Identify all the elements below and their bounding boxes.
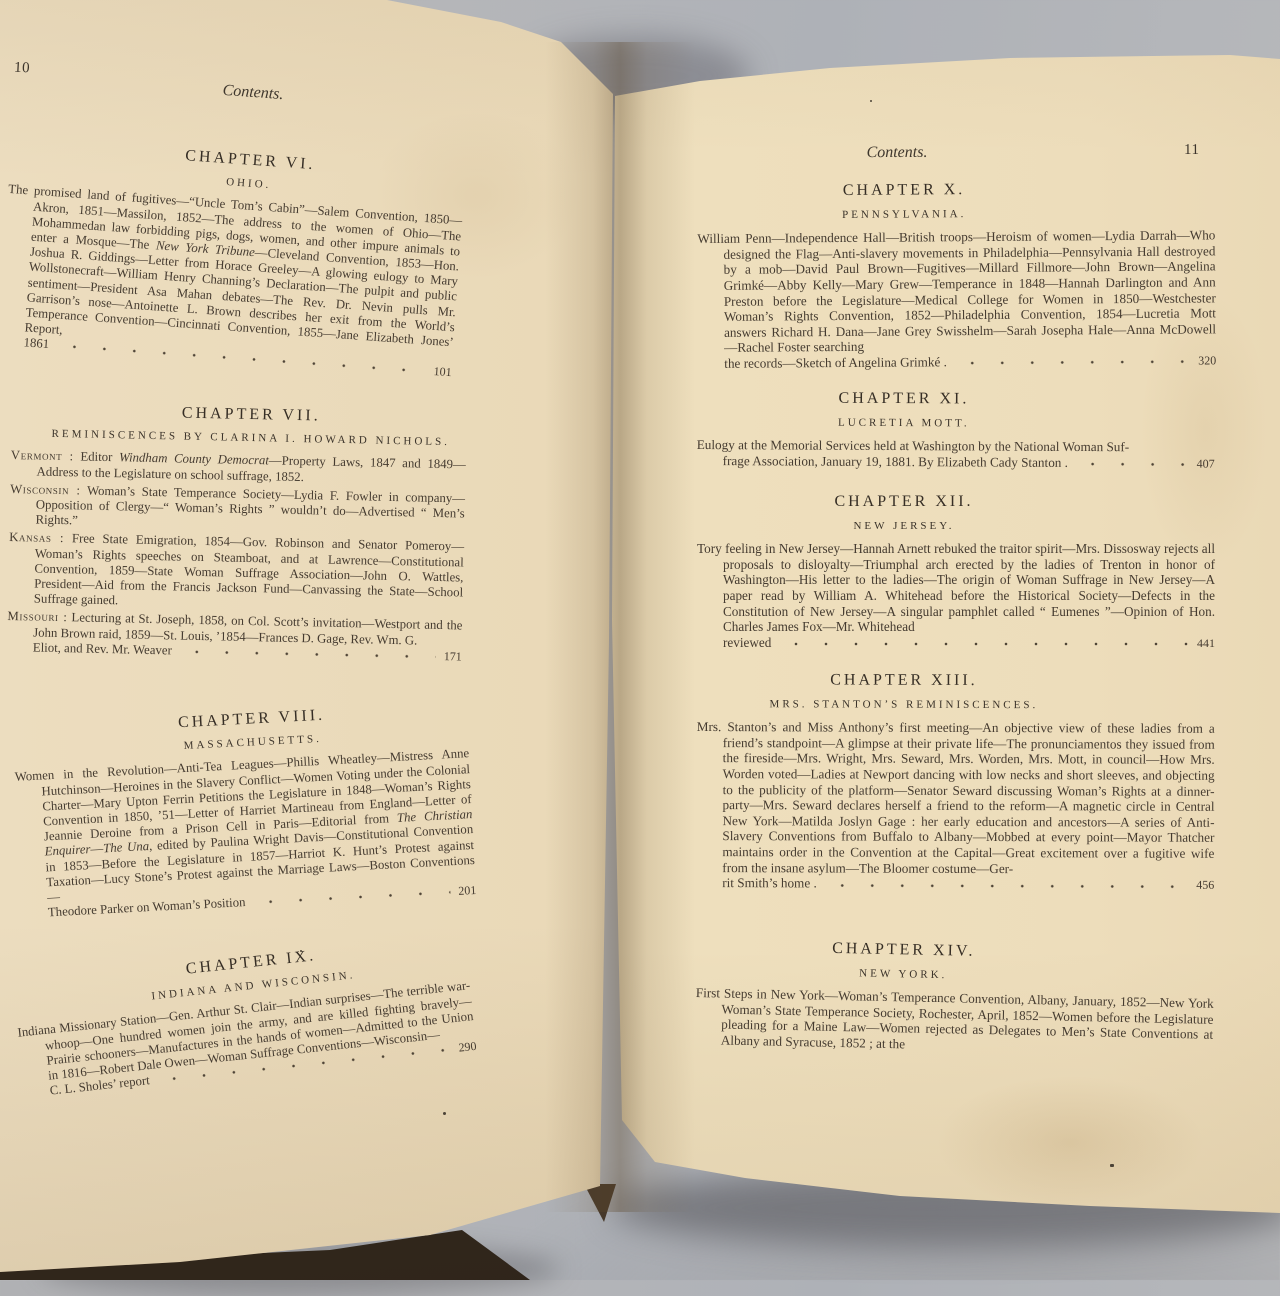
toc-entry: Eulogy at the Memorial Services held at … <box>697 437 1215 472</box>
leader-line: rit Smith’s home .456 <box>696 875 1214 893</box>
chapter-title: CHAPTER X. <box>645 181 1163 200</box>
chapter-subtitle: NEW YORK. <box>644 961 1162 987</box>
entry-tail: 1861 <box>23 336 50 353</box>
toc-entry: Women in the Revolution—Anti-Tea Leagues… <box>14 747 476 923</box>
page-speck <box>300 950 302 952</box>
page-speck <box>1110 1164 1114 1167</box>
chapter-title: CHAPTER VII. <box>24 402 479 427</box>
chapter-subtitle: MRS. STANTON’S REMINISCENCES. <box>645 696 1163 713</box>
toc-entry: First Steps in New York—Woman’s Temperan… <box>695 985 1214 1058</box>
entry-tail: rit Smith’s home . <box>722 875 817 891</box>
page-speck <box>443 1112 446 1115</box>
entry-text: William Penn—Independence Hall—British t… <box>697 228 1216 356</box>
chapter-block: CHAPTER VI.OHIO.The promised land of fug… <box>0 136 466 384</box>
dot-leader <box>779 639 1189 648</box>
state-label: Missouri : <box>7 609 67 624</box>
chapter-block: CHAPTER XI.LUCRETIA MOTT.Eulogy at the M… <box>697 390 1215 475</box>
page-stain <box>935 1075 1205 1210</box>
chapter-title: CHAPTER XIV. <box>645 937 1163 963</box>
dot-leader <box>825 880 1189 890</box>
toc-entry: Mrs. Stanton’s and Miss Anthony’s first … <box>696 719 1215 893</box>
toc-entry: William Penn—Independence Hall—British t… <box>697 228 1216 373</box>
entry-text: Mrs. Stanton’s and Miss Anthony’s first … <box>696 719 1215 877</box>
chapter-title: CHAPTER XII. <box>645 494 1163 510</box>
entry-tail: reviewed <box>723 635 771 651</box>
entry-text: Tory feeling in New Jersey—Hannah Arnett… <box>697 541 1215 635</box>
page-ref: 320 <box>1198 353 1216 369</box>
page-ref: 101 <box>433 364 452 380</box>
chapter-block: CHAPTER IX.INDIANA AND WISCONSIN.Indiana… <box>12 932 478 1104</box>
page-number-right: 11 <box>1184 142 1200 159</box>
toc-entry: Tory feeling in New Jersey—Hannah Arnett… <box>697 541 1215 651</box>
chapter-title: CHAPTER XIII. <box>645 672 1163 689</box>
chapter-block: CHAPTER XIII.MRS. STANTON’S REMINISCENCE… <box>696 672 1215 897</box>
page-ref: 290 <box>458 1039 477 1056</box>
entry-text: First Steps in New York—Woman’s Temperan… <box>695 985 1214 1058</box>
chapter-block: CHAPTER VII.REMINISCENCES BY CLARINA I. … <box>7 402 467 668</box>
entry-text: Kansas : Free State Emigration, 1854—Gov… <box>8 530 464 616</box>
chapter-subtitle: REMINISCENCES BY CLARINA I. HOWARD NICHO… <box>23 426 478 451</box>
dot-leader <box>180 647 436 661</box>
running-head-right: Contents. <box>822 144 972 163</box>
page-ref: 441 <box>1197 636 1215 652</box>
photo-backdrop: 10 Contents. CHAPTER VI.OHIO.The promise… <box>0 0 1280 1280</box>
entry-text: Women in the Revolution—Anti-Tea Leagues… <box>14 747 476 907</box>
toc-entry: Wisconsin : Woman’s State Temperance Soc… <box>9 482 465 537</box>
dot-leader <box>955 357 1190 368</box>
page-number-left: 10 <box>14 60 31 78</box>
chapter-block: CHAPTER X.PENNSYLVANIA.William Penn—Inde… <box>697 180 1216 375</box>
chapter-title: CHAPTER XI. <box>645 390 1163 408</box>
leader-line: frage Association, January 19, 1881. By … <box>697 453 1215 472</box>
leader-line: the records—Sketch of Angelina Grimké .3… <box>698 352 1216 372</box>
entry-tail: Eliot, and Rev. Mr. Weaver <box>33 640 172 658</box>
toc-entry: The promised land of fugitives—“Uncle To… <box>0 182 463 381</box>
running-head-left: Contents. <box>178 79 329 107</box>
page-ref: 456 <box>1196 878 1214 894</box>
page-ref: 407 <box>1197 456 1215 472</box>
state-label: Wisconsin : <box>10 482 81 497</box>
entry-tail: the records—Sketch of Angelina Grimké . <box>724 354 947 371</box>
entry-tail: frage Association, January 19, 1881. By … <box>723 453 1068 470</box>
toc-entry: Kansas : Free State Emigration, 1854—Gov… <box>8 530 464 616</box>
chapter-block: CHAPTER XII.NEW JERSEY.Tory feeling in N… <box>697 494 1215 654</box>
chapter-block: CHAPTER XIV.NEW YORK.First Steps in New … <box>695 938 1215 1061</box>
dot-leader <box>1076 459 1189 469</box>
page-ref: 171 <box>444 649 462 665</box>
state-label: Kansas : <box>9 530 64 545</box>
chapter-subtitle: LUCRETIA MOTT. <box>645 414 1163 432</box>
leader-line: reviewed441 <box>697 635 1215 652</box>
chapter-subtitle: NEW JERSEY. <box>645 519 1163 535</box>
toc-entry: Missouri : Lecturing at St. Joseph, 1858… <box>7 609 463 664</box>
page-speck <box>870 100 872 102</box>
state-label: Vermont : <box>11 448 74 463</box>
page-ref: 201 <box>458 883 477 899</box>
entry-text: Wisconsin : Woman’s State Temperance Soc… <box>9 482 465 537</box>
chapter-block: CHAPTER VIII.MASSACHUSETTS.Women in the … <box>12 700 477 925</box>
chapter-subtitle: PENNSYLVANIA. <box>645 205 1163 224</box>
